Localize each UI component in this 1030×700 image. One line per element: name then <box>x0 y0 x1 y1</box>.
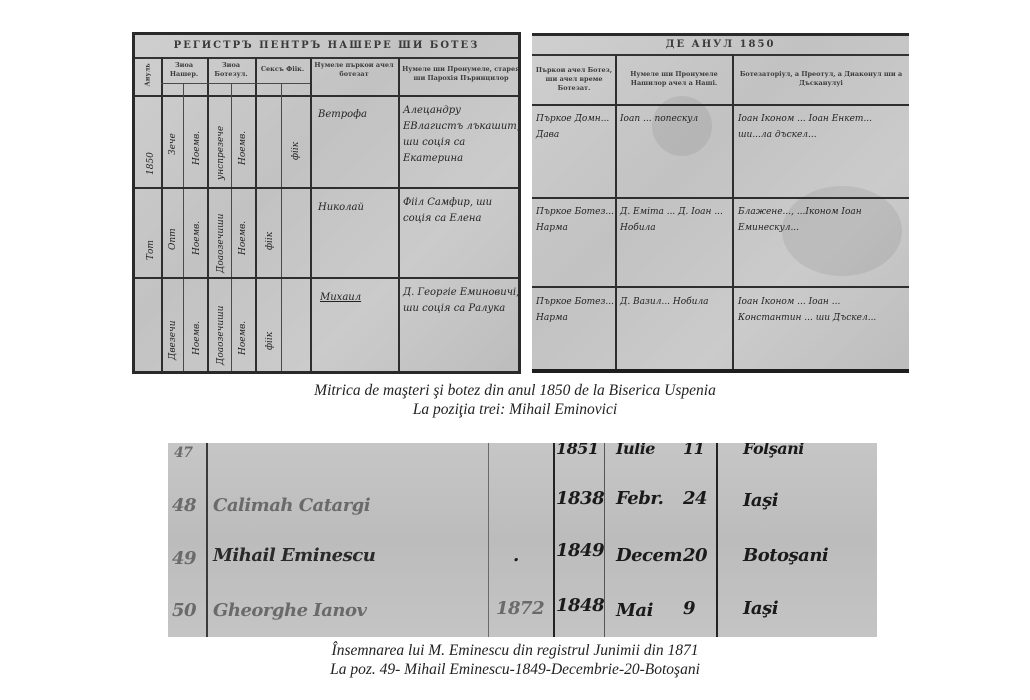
row48-name: Calimah Catargi <box>213 498 370 514</box>
row50-number: 50 <box>172 603 196 619</box>
row1-godparents: Ioan ... попескул <box>620 111 730 127</box>
row2-year: Тот <box>143 240 159 260</box>
row2-child-name: Николай <box>318 200 364 216</box>
row49-month: Decem. <box>616 548 688 564</box>
row47-day: 11 <box>683 443 704 457</box>
row1-sex: фiiк <box>288 142 304 160</box>
row2-baptism-month: Ноемв. <box>235 221 251 255</box>
header-sex: Сексъ Фiiк. <box>255 65 310 74</box>
row2-baptism-day: Доаозечиши <box>213 214 229 273</box>
row2-baptism-note: Пъркое Ботез... Нарма <box>536 204 614 236</box>
caption-bottom-line2: La poz. 49- Mihail Eminescu-1849-Decembr… <box>0 660 1030 679</box>
caption-bottom-line1: Însemnarea lui M. Eminescu din registrul… <box>0 641 1030 660</box>
row1-priest: Iоан Iконом ... Iоан Енкет... ши...ла дъ… <box>738 111 906 143</box>
row48-place: Iaşi <box>743 493 778 509</box>
row48-number: 48 <box>172 498 196 514</box>
row47-year: 1851 <box>556 443 599 457</box>
row50-extra: 1872 <box>496 601 544 617</box>
row3-baptism-month: Ноемв. <box>235 321 251 355</box>
row2-priest: Блажене..., ...Iконом Iоан Еминескул... <box>738 204 906 236</box>
row50-month: Mai <box>616 603 653 619</box>
row3-baptism-note: Пъркое Ботез... Нарма <box>536 294 614 326</box>
header-priest: Ботезаторiул, а Преотул, а Диаконул ши а… <box>736 70 906 88</box>
row47-place: Folşani <box>743 443 804 457</box>
row2-godparents: Д. Емiта ... Д. Iоан ... Нобила <box>620 204 730 236</box>
row49-place: Botoşani <box>743 548 828 564</box>
header-year: Ануль <box>144 65 153 87</box>
row3-birth-day: Двезечи <box>165 320 181 360</box>
birth-register-left-page-photo: РЕГИСТРЪ ПЕНТРЪ НАШЕРЕ ШИ БОТЕЗ Ануль Зи… <box>132 32 521 374</box>
row47-number: 47 <box>174 445 192 461</box>
register-year-title: ДЕ АНУЛ 1850 <box>532 36 909 56</box>
row1-birth-day: Зече <box>165 133 181 155</box>
row3-priest: Ioан Iконом ... Iоан ... Константин ... … <box>738 294 906 326</box>
header-birth: Зиоа Нашер. <box>161 61 207 79</box>
header-baptism-time: Пъркои ачел Ботез, ши ачел време Ботезат… <box>534 66 614 93</box>
row1-year: 1850 <box>143 152 159 175</box>
header-parents: Нумеле ши Пронумеле, старея ши Парохiя П… <box>401 65 521 83</box>
row2-birth-day: Опт <box>165 228 181 250</box>
caption-top-line2: La poziţia trei: Mihail Eminovici <box>0 400 1030 419</box>
row2-sex: фiiк <box>262 232 278 250</box>
row50-place: Iaşi <box>743 601 778 617</box>
caption-top-line1: Mitrica de maşteri şi botez din anul 185… <box>0 381 1030 400</box>
row49-day: 20 <box>683 548 707 564</box>
row48-year: 1838 <box>556 491 604 507</box>
row3-sex: фiiк <box>262 332 278 350</box>
row3-baptism-day: Доаозечиши <box>213 306 229 365</box>
header-godparents: Нумеле ши Пронумеле Нашилор ачел а Нашi. <box>617 70 731 88</box>
row48-day: 24 <box>683 491 707 507</box>
row47-month: Iulie <box>616 443 655 457</box>
figure-caption-top: Mitrica de maşteri şi botez din anul 185… <box>0 381 1030 419</box>
row49-number: 49 <box>172 551 196 567</box>
row2-birth-month: Ноемв. <box>189 221 205 255</box>
row3-parents: Д. Георгiе Еминовичi, ши соцiя са Ралука <box>403 285 521 317</box>
row1-birth-month: Ноемв. <box>189 131 205 165</box>
figure-caption-bottom: Însemnarea lui M. Eminescu din registrul… <box>0 641 1030 679</box>
row3-birth-month: Ноемв. <box>189 321 205 355</box>
row49-extra: . <box>513 548 519 564</box>
row50-year: 1848 <box>556 598 604 614</box>
register-title: РЕГИСТРЪ ПЕНТРЪ НАШЕРЕ ШИ БОТЕЗ <box>135 35 518 59</box>
header-child-name: Нумеле пъркои ачел ботезат <box>312 61 396 79</box>
row49-name-mihail-eminescu: Mihail Eminescu <box>213 548 375 564</box>
row48-month: Febr. <box>616 491 663 507</box>
row1-baptism-month: Ноемв. <box>235 131 251 165</box>
junimea-register-photo: 47 1851 Iulie 11 Folşani 48 Calimah Cata… <box>168 443 877 637</box>
row49-year: 1849 <box>556 543 604 559</box>
row1-child-name: Ветрофа <box>318 107 367 123</box>
row1-baptism-day: унспрезече <box>213 126 229 180</box>
header-baptism: Зиоа Ботезул. <box>207 61 255 79</box>
row2-parents: Фiiл Самфир, ши соцiя са Елена <box>403 195 521 227</box>
row3-child-name-mihail: Михаил <box>320 290 361 306</box>
birth-register-right-page-photo: ДЕ АНУЛ 1850 Пъркои ачел Ботез, ши ачел … <box>532 33 909 373</box>
row1-baptism-note: Пъркое Домн... Дава <box>536 111 614 143</box>
row50-name: Gheorghe Ianov <box>213 603 366 619</box>
row1-parents: Алецандру ЕВлагистъ лъкашит, ши соцiя са… <box>403 103 521 167</box>
row50-day: 9 <box>683 601 695 617</box>
row3-godparents: Д. Вазил... Нобила <box>620 294 730 310</box>
